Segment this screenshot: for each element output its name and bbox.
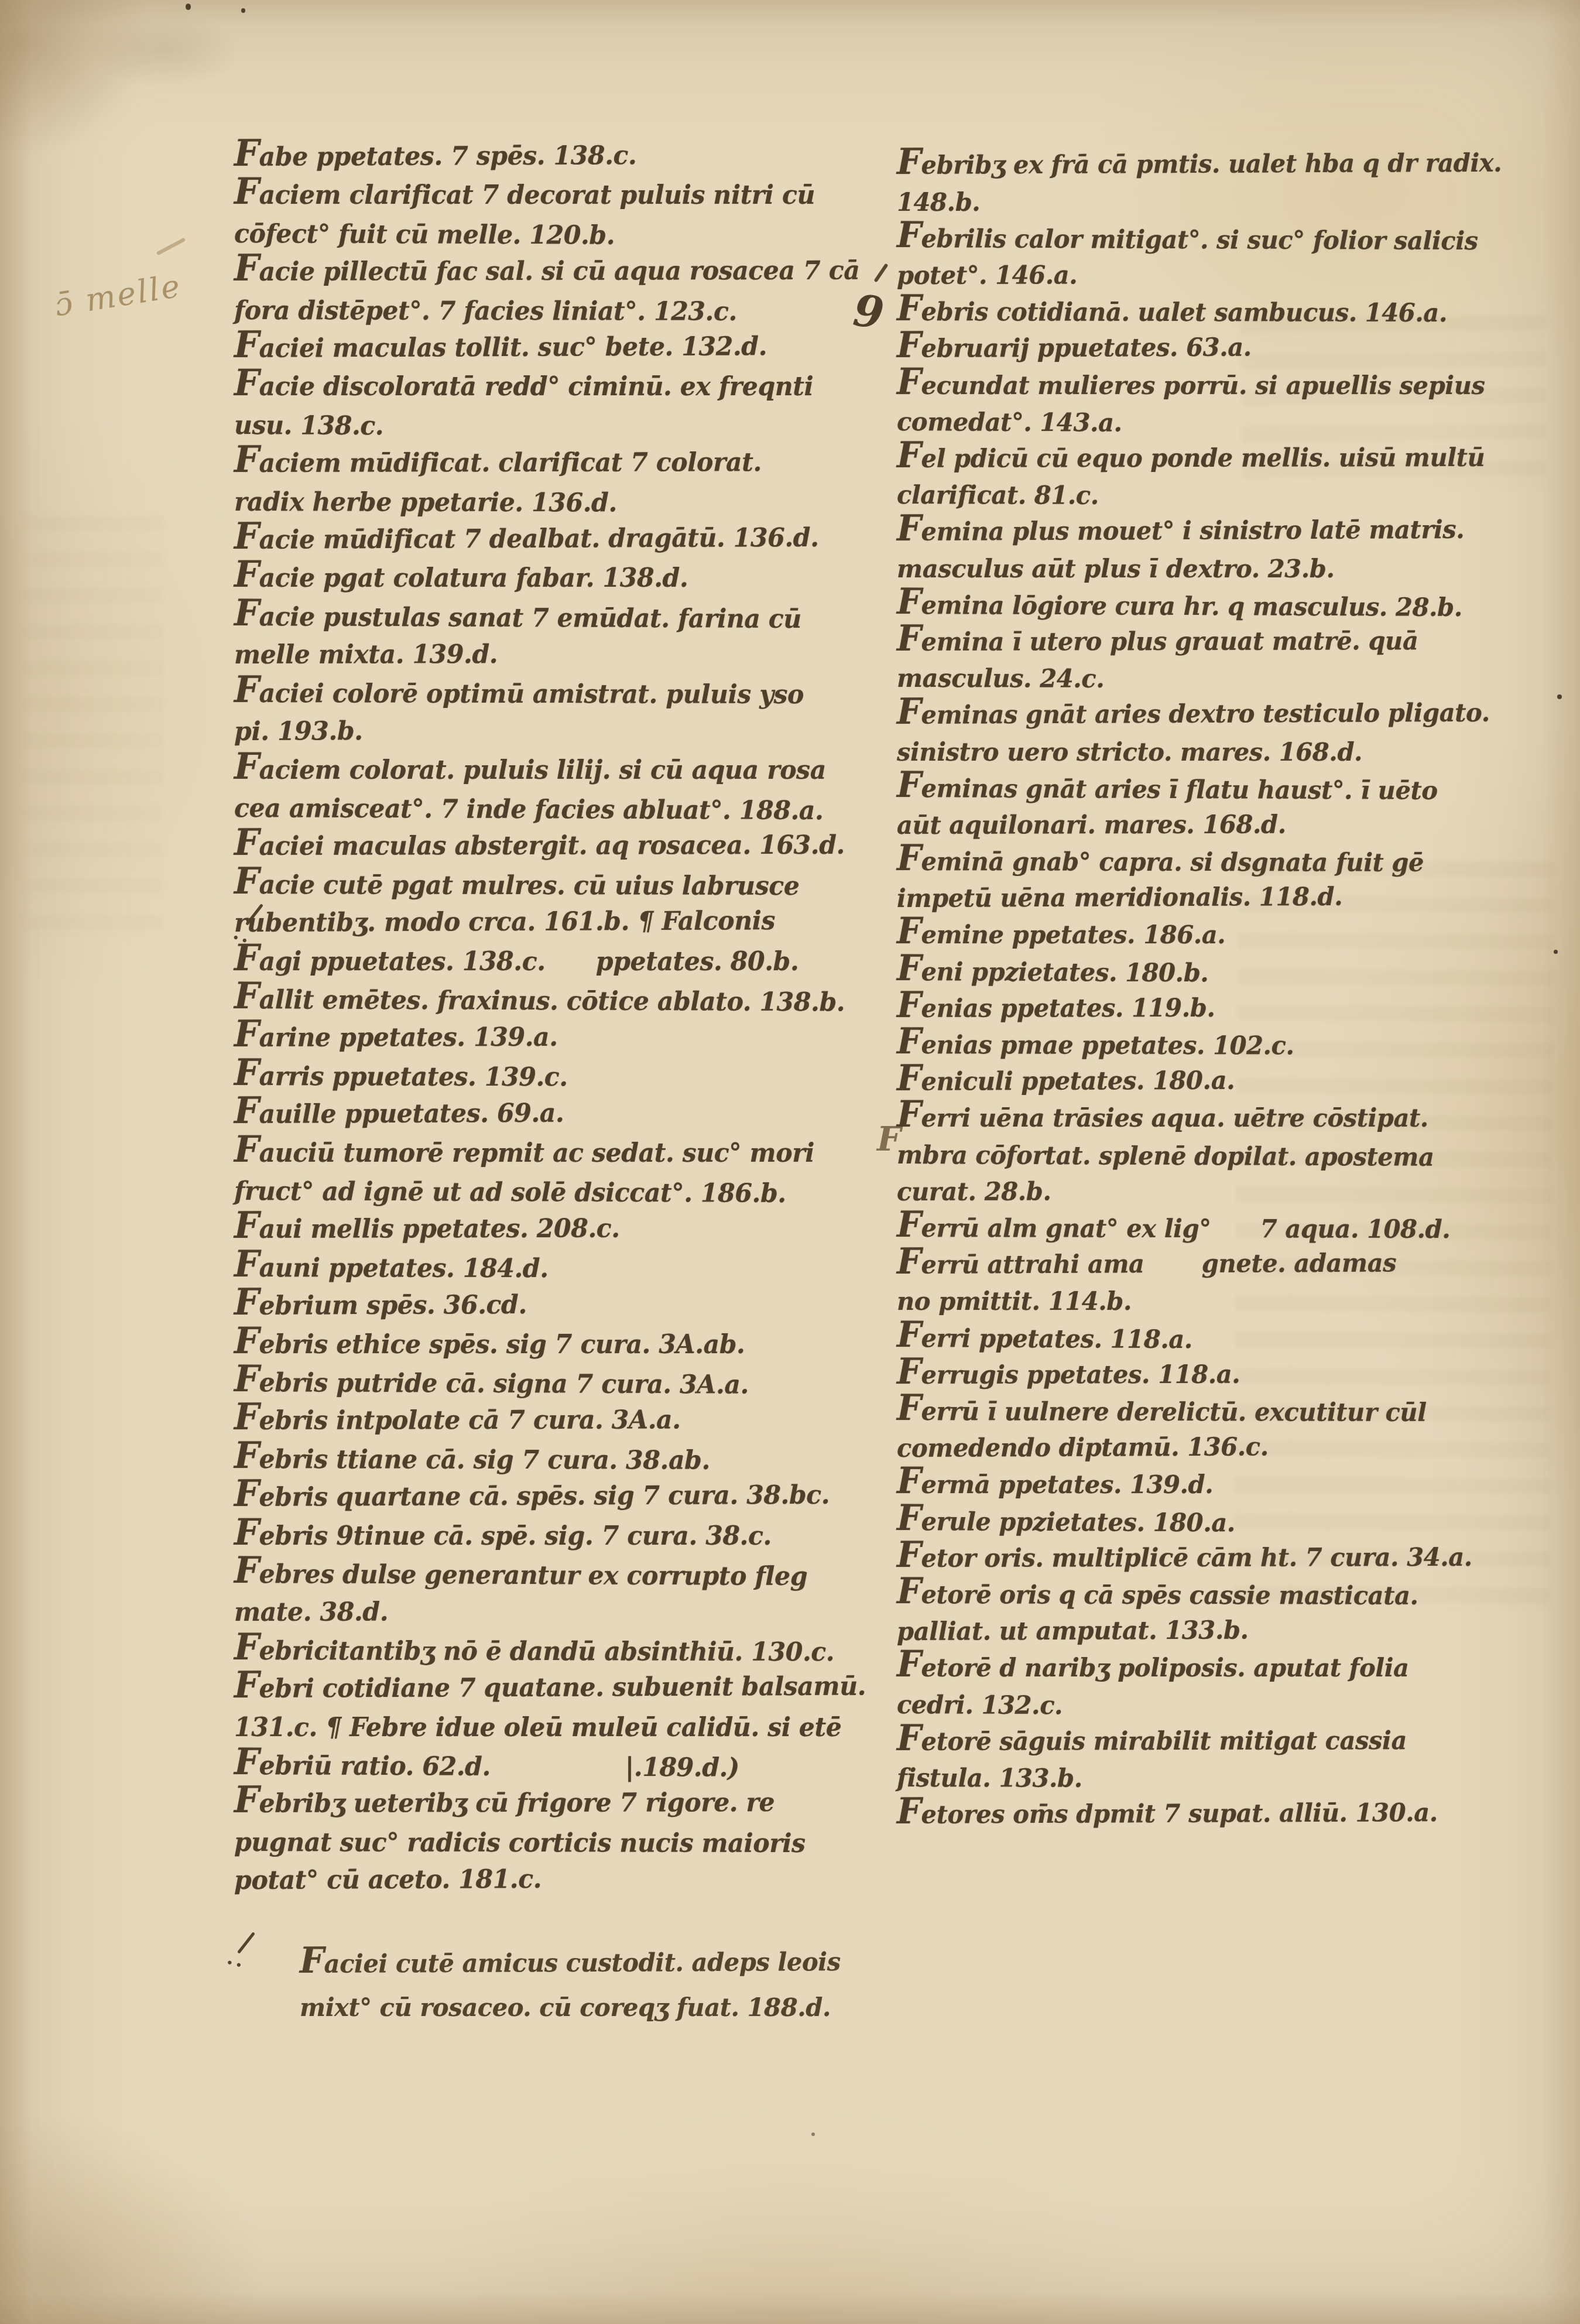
initial-letter: F [234,1740,259,1783]
added-footnote: Faciei cutē amicus custodit. adeps leois… [300,1943,958,2029]
text-line: radix herbe ppetarie. 136.d. [234,483,873,523]
text-line: Facie pgat colatura fabar. 138.d. [234,559,873,597]
initial-letter: F [234,246,259,289]
text-line: mate. 38.d. [234,1592,873,1632]
initial-letter: F [234,668,259,711]
initial-letter: F [300,1940,324,1981]
initial-letter: F [897,1570,921,1612]
initial-letter: F [234,1433,259,1477]
text-line: Fauciū tumorē repmit ac sedat. suc° mori [234,1134,873,1172]
text-line: Facie pillectū fac sal. si cū aqua rosac… [234,252,873,292]
text-line: Febrilis calor mitigat°. si suc° folior … [897,221,1513,260]
text-line: Feminā gnab° capra. si dsgnata fuit gē [897,844,1513,882]
text-line: Fenias pmae ppetates. 102.c. [897,1027,1513,1065]
text-line: Febris cotidianā. ualet sambucus. 146.a. [897,294,1513,332]
text-line: cōfect° fuit cū melle. 120.b. [234,215,873,256]
text-line: Facie discoloratā redd° ciminū. ex freqn… [234,368,873,406]
text-line: Ferrugis ppetates. 118.a. [897,1356,1513,1394]
index-column-right: Febribʒ ex frā cā pmtis. ualet hba q dr … [897,148,1532,1833]
initial-letter: F [897,1460,921,1502]
initial-letter: F [234,591,259,634]
text-line: Faciei cutē amicus custodit. adeps leois [300,1940,939,1986]
text-line: potet°. 146.a. [897,256,1513,295]
initial-letter: F [234,1319,259,1362]
initial-letter: F [234,859,259,902]
initial-letter: F [897,214,921,256]
text-line: sinistro uero stricto. mares. 168.d. [897,734,1513,771]
text-line: Feni ppzietates. 180.b. [897,954,1513,993]
text-line: Fecundat mulieres porrū. si apuellis sep… [897,368,1513,405]
ink-speck [811,2133,815,2136]
initial-letter: F [234,1050,259,1094]
text-line: Fetorē sāguis mirabilit mitigat cassia [897,1722,1513,1760]
initial-letter: F [234,1625,259,1668]
initial-letter: F [234,514,259,557]
text-line: Febribʒ ex frā cā pmtis. ualet hba q dr … [897,145,1513,184]
text-line: aūt aquilonari. mares. 168.d. [897,806,1513,844]
text-line: palliat. ut amputat. 133.b. [897,1611,1513,1650]
initial-letter: F [897,764,921,806]
initial-letter: F [234,552,259,595]
initial-letter: F [897,911,921,952]
text-line: Facie pustulas sanat 7 emūdat. farina cū [234,598,873,639]
initial-letter: F [897,361,921,403]
text-line: Facie cutē pgat mulres. cū uius labrusce [234,866,873,906]
text-line: masculus. 24.c. [897,660,1513,699]
initial-letter: F [234,1089,259,1132]
text-line: Ferrū alm gnat° ex lig° 7 aqua. 108.d. [897,1210,1513,1248]
text-line: Ferri uēna trāsies aqua. uētre cōstipat. [897,1100,1513,1137]
initial-letter: F [897,1717,921,1758]
ink-speck [1554,950,1558,954]
text-line: Febris quartane cā. spēs. sig 7 cura. 38… [234,1476,873,1517]
initial-letter: F [234,1127,259,1170]
text-line: Febris ethice spēs. sig 7 cura. 3A.ab. [234,1326,873,1364]
bleedthrough-ghost [23,515,164,937]
text-line: Faciem colorat. puluis lilij. si cū aqua… [234,751,873,789]
text-line: Febris intpolate cā 7 cura. 3A.a. [234,1401,873,1440]
initial-letter: F [897,1021,921,1062]
text-line: clarificat. 81.c. [897,477,1513,515]
ink-speck [186,4,191,10]
initial-letter: F [897,947,921,989]
text-line: Faciem clarificat 7 decorat puluis nitri… [234,176,873,214]
text-line: Feminas gnāt aries dextro testiculo plig… [897,694,1513,734]
manuscript-page: ɔ̄ melle 9 F ·· ·· Fabe ppetates. 7 spēs… [0,0,1580,2324]
text-line: Faciem mūdificat. clarificat 7 colorat. [234,443,873,483]
text-line: mixt° cū rosaceo. cū coreqʒ fuat. 188.d. [300,1986,938,2029]
text-line: Fel pdicū cū equo ponde mellis. uisū mul… [897,440,1513,478]
text-line: curat. 28.b. [897,1172,1513,1210]
text-line: Febris ttiane cā. sig 7 cura. 38.ab. [234,1440,873,1480]
initial-letter: F [234,1663,259,1706]
text-line: 131.c. ¶ Febre idue oleū muleū calidū. s… [234,1709,873,1747]
initial-letter: F [234,1203,259,1247]
text-line: Faciei colorē optimū amistrat. puluis ys… [234,675,873,714]
initial-letter: F [897,691,921,733]
initial-letter: F [234,1012,259,1055]
initial-letter: F [234,1778,259,1821]
text-line: Fetorē oris q cā spēs cassie masticata. [897,1577,1513,1615]
text-line: Fetor oris. multiplicē cām ht. 7 cura. 3… [897,1539,1513,1577]
initial-letter: F [234,323,259,366]
initial-letter: F [897,434,921,476]
text-line: Febriū ratio. 62.d. |.189.d.) [234,1747,873,1788]
text-line: pugnat suc° radicis corticis nucis maior… [234,1823,873,1863]
text-line: Fetores om̄s dpmit 7 supat. alliū. 130.a… [897,1794,1513,1833]
text-line: comedat°. 143.a. [897,404,1513,443]
text-line: Faui mellis ppetates. 208.c. [234,1209,873,1249]
initial-letter: F [897,1534,921,1575]
text-line: Femine ppetates. 186.a. [897,917,1513,954]
text-line: melle mixta. 139.d. [234,635,873,675]
ink-speck [1557,694,1562,699]
ink-speck [241,8,245,13]
initial-letter: F [897,1644,921,1685]
initial-letter: F [897,1057,921,1099]
text-line: Fauille ppuetates. 69.a. [234,1093,873,1134]
text-line: impetū uēna meridionalis. 118.d. [897,878,1513,917]
initial-letter: F [897,1204,921,1245]
initial-letter: F [897,1791,921,1832]
text-line: no pmittit. 114.b. [897,1283,1513,1320]
text-line: Febris 9tinue cā. spē. sig. 7 cura. 38.c… [234,1517,873,1555]
text-line: fruct° ad ignē ut ad solē dsiccat°. 186.… [234,1172,873,1213]
index-column-left: Fabe ppetates. 7 spēs. 138.c.Faciem clar… [234,138,893,1900]
initial-letter: F [234,1357,259,1400]
text-line: Facie mūdificat 7 dealbat. dragātū. 136.… [234,518,873,559]
text-line: Febris putride cā. signa 7 cura. 3A.a. [234,1364,873,1405]
initial-letter: F [234,437,259,481]
text-line: Fallit emētes. fraxinus. cōtice ablato. … [234,981,873,1022]
text-line: usu. 138.c. [234,406,873,447]
text-line: comedendo diptamū. 136.c. [897,1428,1513,1467]
text-line: Farris ppuetates. 139.c. [234,1057,873,1097]
text-line: Femina ī utero plus grauat matrē. quā [897,623,1513,661]
text-line: Fabe ppetates. 7 spēs. 138.c. [234,135,873,176]
initial-letter: F [234,820,259,864]
text-line: Faciei maculas tollit. suc° bete. 132.d. [234,327,873,368]
text-line: Febres dulse generantur ex corrupto fleg [234,1555,873,1596]
text-line: Faciei maculas abstergit. aq rosacea. 16… [234,826,873,866]
text-line: Ferrū ī uulnere derelictū. excutitur cūl [897,1394,1513,1432]
initial-letter: F [234,1548,259,1591]
text-line: fistula. 133.b. [897,1760,1513,1798]
initial-letter: F [897,1497,921,1539]
text-line: Fauni ppetates. 184.d. [234,1249,873,1289]
text-line: Femina plus mouet° i sinistro latē matri… [897,512,1513,551]
text-line: Fagi ppuetates. 138.c. ppetates. 80.b. [234,943,873,981]
initial-letter: F [234,169,259,213]
text-line: Februarij ppuetates. 63.a. [897,328,1513,368]
text-line: Febribʒ ueteribʒ cū frigore 7 rigore. re [234,1784,873,1823]
initial-letter: F [897,1351,921,1392]
text-line: pi. 193.b. [234,710,873,751]
initial-letter: F [234,1280,259,1323]
initial-letter: F [234,974,259,1017]
text-line: mbra cōfortat. splenē dopilat. apostema [897,1137,1513,1176]
text-line: potat° cū aceto. 181.c. [234,1859,873,1900]
text-line: rubentibʒ. modo crca. 161.b. ¶ Falconis [234,902,873,943]
initial-letter: F [897,1387,921,1429]
initial-letter: F [897,984,921,1026]
text-line: Fermā ppetates. 139.d. [897,1467,1513,1504]
text-line: fora distēpet°. 7 facies liniat°. 123.c. [234,292,873,331]
text-line: Febricitantibʒ nō ē dandū absinthiū. 130… [234,1632,873,1672]
initial-letter: F [234,1395,259,1438]
text-line: Fetorē d naribʒ poliposis. aputat folia [897,1650,1513,1687]
initial-letter: F [234,361,259,404]
text-line: cea amisceat°. 7 inde facies abluat°. 18… [234,789,873,830]
text-line: Ferri ppetates. 118.a. [897,1320,1513,1360]
initial-letter: F [897,287,921,329]
text-line: Feminas gnāt aries ī flatu haust°. ī uēt… [897,771,1513,810]
initial-letter: F [234,131,259,174]
initial-letter: F [897,324,921,366]
initial-letter: F [234,1510,259,1553]
initial-letter: F [897,141,921,183]
text-line: Febrium spēs. 36.cd. [234,1285,873,1326]
initial-letter: F [897,508,921,549]
initial-letter: F [897,1094,921,1135]
text-line: Ferrū attrahi ama gnete. adamas [897,1244,1513,1283]
text-line: Fenias ppetates. 119.b. [897,989,1513,1027]
initial-letter: F [234,1471,259,1515]
text-line: 148.b. [897,184,1513,221]
initial-letter: F [234,744,259,788]
text-line: masculus aūt plus ī dextro. 23.b. [897,551,1513,588]
text-line: Ferule ppzietates. 180.a. [897,1504,1513,1543]
initial-letter: F [897,581,921,622]
initial-letter: F [897,1314,921,1356]
initial-letter: F [897,837,921,879]
text-line: Febri cotidiane 7 quatane. subuenit bals… [234,1668,873,1709]
text-line: Feniculi ppetates. 180.a. [897,1061,1513,1100]
initial-letter: F [234,936,259,979]
initial-letter: F [897,618,921,659]
text-line: Femina lōgiore cura hr. q masculus. 28.b… [897,587,1513,627]
text-line: cedri. 132.c. [897,1687,1513,1726]
initial-letter: F [234,1242,259,1285]
text-line: Farine ppetates. 139.a. [234,1018,873,1057]
corner-smudge [88,12,240,88]
initial-letter: F [897,1241,921,1282]
